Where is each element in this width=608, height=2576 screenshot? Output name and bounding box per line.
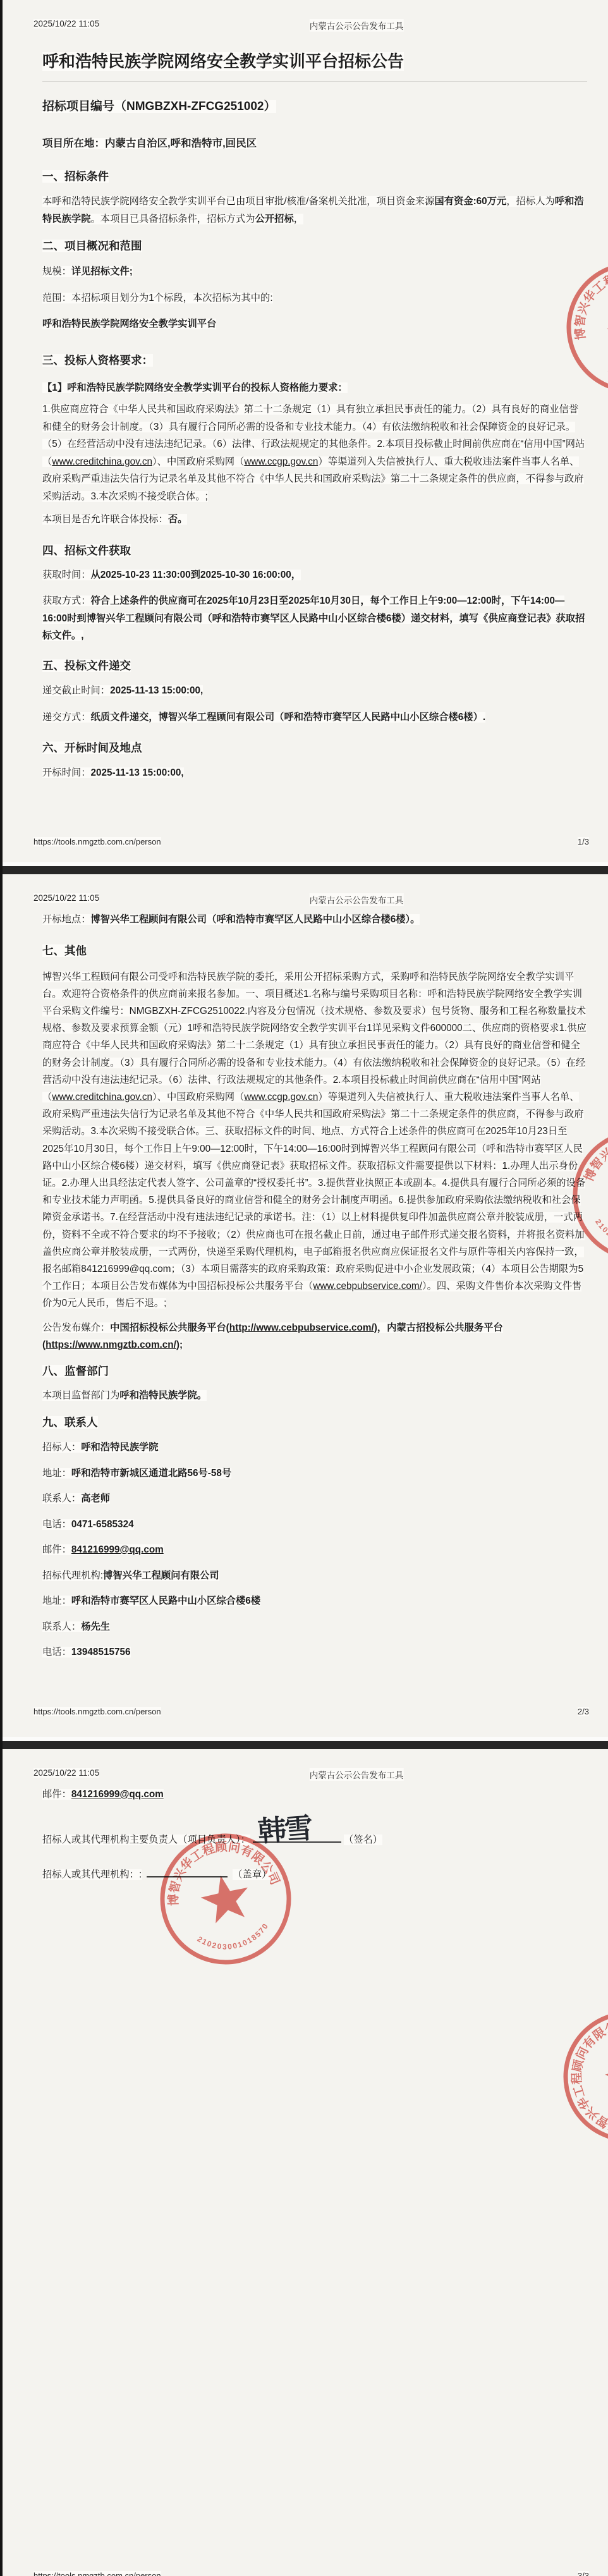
text-segment: ）等渠道列入失信被执行人、重大税收违法案件当事人名单、政府采购严重违法失信行为记… xyxy=(42,1092,585,1291)
text-segment: 公告发布媒介： xyxy=(42,1322,110,1333)
text-segment: 本呼和浩特民族学院网络安全教学实训平台已由项目审批/核准/备案机关批准，项目资金… xyxy=(42,196,434,207)
page-title: 呼和浩特民族学院网络安全教学实训平台招标公告 xyxy=(42,51,587,72)
text-segment: 地址： xyxy=(42,1468,71,1479)
contact-row: 邮件：841216999@qq.com xyxy=(42,1541,587,1559)
text-segment: ，招标人为 xyxy=(506,196,555,207)
scale-line: 规模：详见招标文件; xyxy=(42,263,587,281)
project-number: 招标项目编号（NMGBZXH-ZFCG251002） xyxy=(42,98,587,115)
open-place-line: 开标地点：博智兴华工程顾问有限公司（呼和浩特市赛罕区人民路中山小区综合楼6楼）。 xyxy=(42,911,587,929)
announcement-media-line: 公告发布媒介：中国招标投标公共服务平台(http://www.cebpubser… xyxy=(42,1319,587,1354)
contact-row: 地址：呼和浩特市赛罕区人民路中山小区综合楼6楼 xyxy=(42,1592,587,1610)
header-tool-title: 内蒙古公示公告发布工具 xyxy=(310,893,404,906)
text-segment: 邮件： xyxy=(42,1789,71,1800)
text-segment: 呼和浩特民族学院网络安全教学实训平台 xyxy=(42,319,216,329)
text-segment: 邮件： xyxy=(42,1544,71,1555)
text-segment: 呼和浩特民族学院。 xyxy=(119,1390,207,1401)
text-segment: 获取时间： xyxy=(42,570,91,580)
section-2-heading: 二、项目概况和范围 xyxy=(42,238,587,254)
svg-text:210203001018570: 210203001018570 xyxy=(605,344,608,389)
seal-suffix: （盖章） xyxy=(233,1869,271,1880)
text-segment: 联系人： xyxy=(42,1621,81,1632)
page-2: 2025/10/22 11:05 内蒙古公示公告发布工具 开标地点：博智兴华工程… xyxy=(3,874,608,1737)
link-text[interactable]: 841216999@qq.com xyxy=(71,1789,164,1800)
contact-row: 电话：13948515756 xyxy=(42,1644,587,1661)
page-3: 2025/10/22 11:05 内蒙古公示公告发布工具 邮件：84121699… xyxy=(3,1749,608,2576)
svg-text:博智兴华工程顾问有限公司: 博智兴华工程顾问有限公司 xyxy=(564,2013,608,2135)
text-segment: 从2025-10-23 11:30:00到2025-10-30 16:00:00… xyxy=(91,570,301,580)
link-text[interactable]: www.ccgp.gov.cn xyxy=(244,456,318,467)
text-segment: 杨先生 xyxy=(81,1621,110,1632)
text-segment: 本项目监督部门为 xyxy=(42,1390,119,1401)
text-segment: 递交方式： xyxy=(42,712,91,723)
section-7-heading: 七、其他 xyxy=(42,943,587,959)
contact-row: 招标人：呼和浩特民族学院 xyxy=(42,1439,587,1456)
page-header: 2025/10/22 11:05 内蒙古公示公告发布工具 xyxy=(42,0,587,32)
text-segment: 博智兴华工程顾问有限公司受呼和浩特民族学院的委托，采用公开招标采购方式，采购呼和… xyxy=(42,972,587,1102)
text-segment: 电话： xyxy=(42,1519,71,1530)
submit-method-line: 递交方式：纸质文件递交，博智兴华工程顾问有限公司（呼和浩特市赛罕区人民路中山小区… xyxy=(42,709,587,726)
signature-row: 招标人或其代理机构主要负责人（项目负责人）：韩雪（签名） xyxy=(42,1831,587,1849)
lot-subject-line: 呼和浩特民族学院网络安全教学实训平台 xyxy=(42,315,587,333)
page-separator xyxy=(3,1737,608,1749)
company-seal-stamp-fragment: 博智兴华工程顾问有限公司 210203001018570 xyxy=(554,2001,608,2152)
header-datetime: 2025/10/22 11:05 xyxy=(33,893,99,903)
link-text[interactable]: www.cebpubservice.com/ xyxy=(313,1281,422,1291)
text-segment: ); xyxy=(176,1340,183,1350)
text-segment: 地址： xyxy=(42,1596,71,1606)
mail-line: 邮件：841216999@qq.com xyxy=(42,1786,587,1804)
link-text[interactable]: www.creditchina.gov.cn xyxy=(52,456,152,467)
page-separator xyxy=(3,862,608,874)
text-segment: 递交截止时间： xyxy=(42,685,110,696)
title-divider xyxy=(42,81,587,82)
footer-page-number: 2/3 xyxy=(578,1707,589,1716)
contact-row: 招标代理机构:博智兴华工程顾问有限公司 xyxy=(42,1567,587,1585)
footer-page-number: 3/3 xyxy=(578,2571,589,2576)
footer-url: https://tools.nmgztb.com.cn/person xyxy=(33,2571,161,2576)
text-segment: 范围：本招标项目划分为1个标段，本次招标为其中的: xyxy=(42,293,273,303)
viewport-left-edge xyxy=(0,0,3,2576)
section-1-heading: 一、招标条件 xyxy=(42,168,587,185)
footer-page-number: 1/3 xyxy=(578,837,589,846)
supervision-line: 本项目监督部门为呼和浩特民族学院。 xyxy=(42,1387,587,1405)
seal-row: 招标人或其代理机构：:（盖章） xyxy=(42,1866,587,1884)
section-6-heading: 六、开标时间及地点 xyxy=(42,740,587,756)
link-text[interactable]: http://www.cebpubservice.com/ xyxy=(229,1322,374,1333)
signature-suffix: （签名） xyxy=(344,1834,382,1845)
submit-deadline-line: 递交截止时间：2025-11-13 15:00:00, xyxy=(42,682,587,700)
text-segment: 招标人： xyxy=(42,1442,81,1453)
text-segment: 呼和浩特市赛罕区人民路中山小区综合楼6楼 xyxy=(71,1596,260,1606)
section-8-heading: 八、监督部门 xyxy=(42,1363,587,1379)
page-header: 2025/10/22 11:05 内蒙古公示公告发布工具 xyxy=(42,874,587,906)
seal-label: 招标人或其代理机构：: xyxy=(42,1869,142,1880)
text-segment: 13948515756 xyxy=(71,1647,131,1657)
text-segment: 本项目是否允许联合体投标： xyxy=(42,514,168,525)
link-text[interactable]: 841216999@qq.com xyxy=(71,1544,164,1555)
text-segment: ）、中国政府采购网（ xyxy=(152,456,244,467)
text-segment: 规模： xyxy=(42,266,71,277)
page-header: 2025/10/22 11:05 内蒙古公示公告发布工具 xyxy=(42,1749,587,1781)
link-text[interactable]: https://www.nmgztb.com.cn/ xyxy=(46,1340,176,1350)
signature-underline: 韩雪 xyxy=(253,1839,341,1843)
text-segment: 获取方式： xyxy=(42,595,91,606)
qualification-paragraph: 1.供应商应符合《中华人民共和国政府采购法》第二十二条规定（1）具有独立承担民事… xyxy=(42,401,587,505)
header-tool-title: 内蒙古公示公告发布工具 xyxy=(310,19,404,32)
text-segment: 2025-11-13 15:00:00, xyxy=(91,767,184,778)
contact-row: 电话：0471-6585324 xyxy=(42,1516,587,1534)
text-segment: 联系人： xyxy=(42,1493,81,1504)
text-segment: 博智兴华工程顾问有限公司 xyxy=(103,1570,219,1581)
link-text[interactable]: www.ccgp.gov.cn xyxy=(244,1092,318,1102)
footer-url: https://tools.nmgztb.com.cn/person xyxy=(33,837,161,846)
text-segment: ）、中国政府采购网（ xyxy=(152,1092,244,1102)
section-9-heading: 九、联系人 xyxy=(42,1414,587,1431)
page-1: 2025/10/22 11:05 内蒙古公示公告发布工具 呼和浩特民族学院网络安… xyxy=(3,0,608,862)
contact-row: 联系人：杨先生 xyxy=(42,1618,587,1636)
header-tool-title: 内蒙古公示公告发布工具 xyxy=(310,1768,404,1781)
obtain-time-line: 获取时间：从2025-10-23 11:30:00到2025-10-30 16:… xyxy=(42,566,587,584)
header-datetime: 2025/10/22 11:05 xyxy=(33,19,99,28)
open-time-line: 开标时间：2025-11-13 15:00:00, xyxy=(42,764,587,782)
section-3-heading: 三、投标人资格要求： xyxy=(42,352,587,369)
text-segment: 符合上述条件的供应商可在2025年10月23日至2025年10月30日，每个工作… xyxy=(42,595,585,641)
text-segment: 开标地点： xyxy=(42,914,91,925)
footer-url: https://tools.nmgztb.com.cn/person xyxy=(33,1707,161,1716)
text-segment: 高老师 xyxy=(81,1493,110,1504)
text-segment: 电话： xyxy=(42,1647,71,1657)
svg-text:210203001018570: 210203001018570 xyxy=(195,1920,274,1958)
text-segment: 纸质文件递交，博智兴华工程顾问有限公司（呼和浩特市赛罕区人民路中山小区综合楼6楼… xyxy=(91,712,486,723)
header-datetime: 2025/10/22 11:05 xyxy=(33,1768,99,1778)
text-segment: 中国招标投标公共服务平台( xyxy=(110,1322,229,1333)
other-paragraph: 博智兴华工程顾问有限公司受呼和浩特民族学院的委托，采用公开招标采购方式，采购呼和… xyxy=(42,968,587,1312)
text-segment: 否。 xyxy=(168,514,188,525)
text-segment: ， xyxy=(294,214,303,224)
text-segment: 公开招标 xyxy=(255,214,294,224)
text-segment: 开标时间： xyxy=(42,767,91,778)
signature-label: 招标人或其代理机构主要负责人（项目负责人）： xyxy=(42,1834,250,1845)
print-preview-stage: 2025/10/22 11:05 内蒙古公示公告发布工具 呼和浩特民族学院网络安… xyxy=(0,0,608,2576)
svg-text:210203001018570: 210203001018570 xyxy=(590,1216,608,1254)
handwritten-signature: 韩雪 xyxy=(257,1814,312,1846)
scope-line: 范围：本招标项目划分为1个标段，本次招标为其中的: xyxy=(42,290,587,307)
text-segment: 2025-11-13 15:00:00, xyxy=(110,685,203,696)
obtain-method-line: 获取方式：符合上述条件的供应商可在2025年10月23日至2025年10月30日… xyxy=(42,592,587,645)
joint-bid-line: 本项目是否允许联合体投标：否。 xyxy=(42,511,587,528)
link-text[interactable]: www.creditchina.gov.cn xyxy=(52,1092,152,1102)
text-segment: 招标代理机构: xyxy=(42,1570,103,1581)
text-segment: 博智兴华工程顾问有限公司（呼和浩特市赛罕区人民路中山小区综合楼6楼）。 xyxy=(91,914,420,925)
section-1-paragraph: 本呼和浩特民族学院网络安全教学实训平台已由项目审批/核准/备案机关批准，项目资金… xyxy=(42,193,587,228)
qualification-subheading: 【1】呼和浩特民族学院网络安全教学实训平台的投标人资格能力要求： xyxy=(42,379,587,397)
text-segment: 详见招标文件; xyxy=(71,266,133,277)
contact-row: 地址：呼和浩特市新城区通道北路56号-58号 xyxy=(42,1465,587,1482)
section-4-heading: 四、招标文件获取 xyxy=(42,542,587,559)
seal-underline xyxy=(147,1874,228,1877)
text-segment: 呼和浩特市新城区通道北路56号-58号 xyxy=(71,1468,231,1479)
text-segment: 国有资金:60万元 xyxy=(434,196,506,207)
text-segment: 呼和浩特民族学院 xyxy=(81,1442,158,1453)
section-5-heading: 五、投标文件递交 xyxy=(42,657,587,674)
text-segment: 0471-6585324 xyxy=(71,1519,134,1530)
text-segment: 。本项目已具备招标条件，招标方式为 xyxy=(91,214,255,224)
contact-row: 联系人：高老师 xyxy=(42,1490,587,1508)
project-location: 项目所在地：内蒙古自治区,呼和浩特市,回民区 xyxy=(42,135,587,152)
